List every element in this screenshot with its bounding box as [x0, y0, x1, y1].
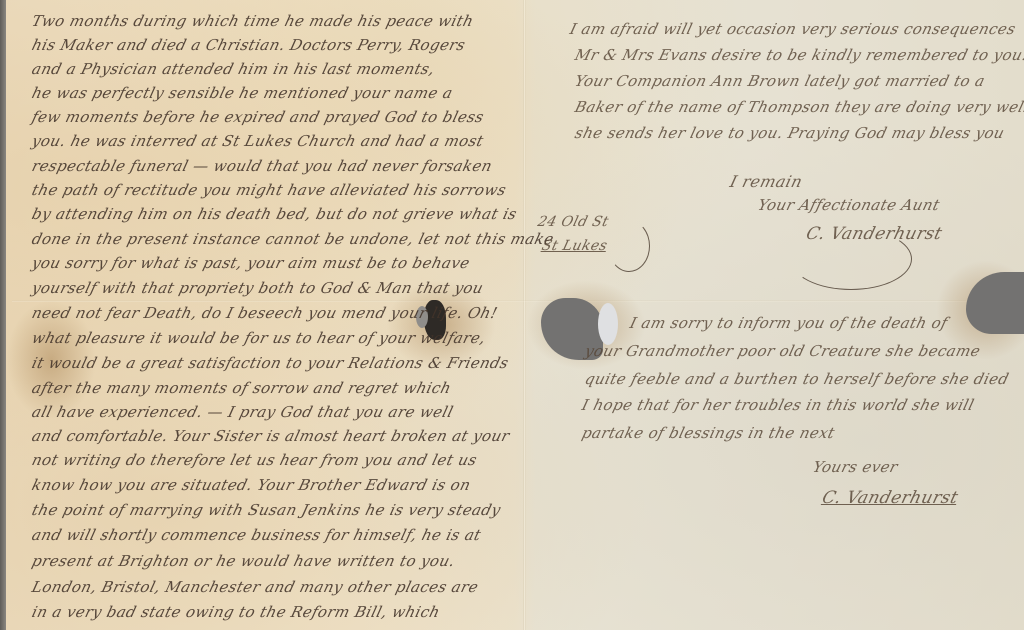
text-line: need not fear Death, do I beseech you me… — [30, 304, 500, 322]
postscript-signature: C. Vanderhurst — [820, 488, 960, 508]
text-line: she sends her love to you. Praying God m… — [573, 124, 1006, 142]
text-line: and a Physician attended him in his last… — [30, 60, 437, 78]
text-line: I hope that for her troubles in this wor… — [580, 396, 976, 414]
text-line: all have experienced. — I pray God that … — [30, 403, 455, 421]
text-line: what pleasure it would be for us to hear… — [30, 329, 488, 347]
text-line: know how you are situated. Your Brother … — [30, 476, 473, 494]
text-line: by attending him on his death bed, but d… — [30, 205, 519, 223]
text-line: Mr & Mrs Evans desire to be kindly remem… — [573, 46, 1024, 64]
text-line: yourself with that propriety both to God… — [30, 279, 485, 297]
text-line: present at Brighton or he would have wri… — [30, 552, 457, 570]
closing-aunt: Your Affectionate Aunt — [756, 196, 942, 214]
text-line: Your Companion Ann Brown lately got marr… — [573, 72, 987, 90]
postscript-closing: Yours ever — [811, 458, 900, 476]
text-line: I am afraid will yet occasion very serio… — [568, 20, 1018, 38]
text-line: and comfortable. Your Sister is almost h… — [30, 427, 512, 445]
text-line: in a very bad state owing to the Reform … — [30, 603, 442, 621]
text-line: your Grandmother poor old Creature she b… — [583, 342, 982, 360]
text-line: the path of rectitude you might have all… — [30, 181, 508, 199]
text-line: the point of marrying with Susan Jenkins… — [30, 501, 503, 519]
text-line: he was perfectly sensible he mentioned y… — [30, 84, 455, 102]
address-street: 24 Old St — [536, 214, 610, 230]
text-line: you sorry for what is past, your aim mus… — [30, 254, 472, 272]
text-line: London, Bristol, Manchester and many oth… — [30, 578, 480, 596]
text-line: Baker of the name of Thompson they are d… — [573, 98, 1024, 116]
text-line: not writing do therefore let us hear fro… — [30, 451, 479, 469]
text-line: done in the present instance cannot be u… — [30, 230, 556, 248]
text-line: I am sorry to inform you of the death of — [628, 314, 950, 332]
address-brace — [608, 220, 650, 272]
text-line: respectable funeral — would that you had… — [30, 157, 494, 175]
closing-remain: I remain — [728, 172, 805, 191]
text-line: partake of blessings in the next — [580, 424, 837, 442]
letter-page-left: Two months during which time he made his… — [30, 0, 520, 630]
letter-page-right: I am afraid will yet occasion very serio… — [528, 0, 1018, 630]
text-line: few moments before he expired and prayed… — [30, 108, 486, 126]
text-line: you. he was interred at St Lukes Church … — [30, 132, 486, 150]
address-parish: St Lukes — [540, 238, 609, 254]
text-line: after the many moments of sorrow and reg… — [30, 379, 453, 397]
text-line: and will shortly commence business for h… — [30, 526, 483, 544]
signature-flourish — [790, 228, 912, 290]
center-fold — [523, 0, 526, 630]
text-line: quite feeble and a burthen to herself be… — [583, 370, 1011, 388]
text-line: Two months during which time he made his… — [30, 12, 476, 30]
text-line: it would be a great satisfaction to your… — [30, 354, 511, 372]
text-line: his Maker and died a Christian. Doctors … — [30, 36, 467, 54]
